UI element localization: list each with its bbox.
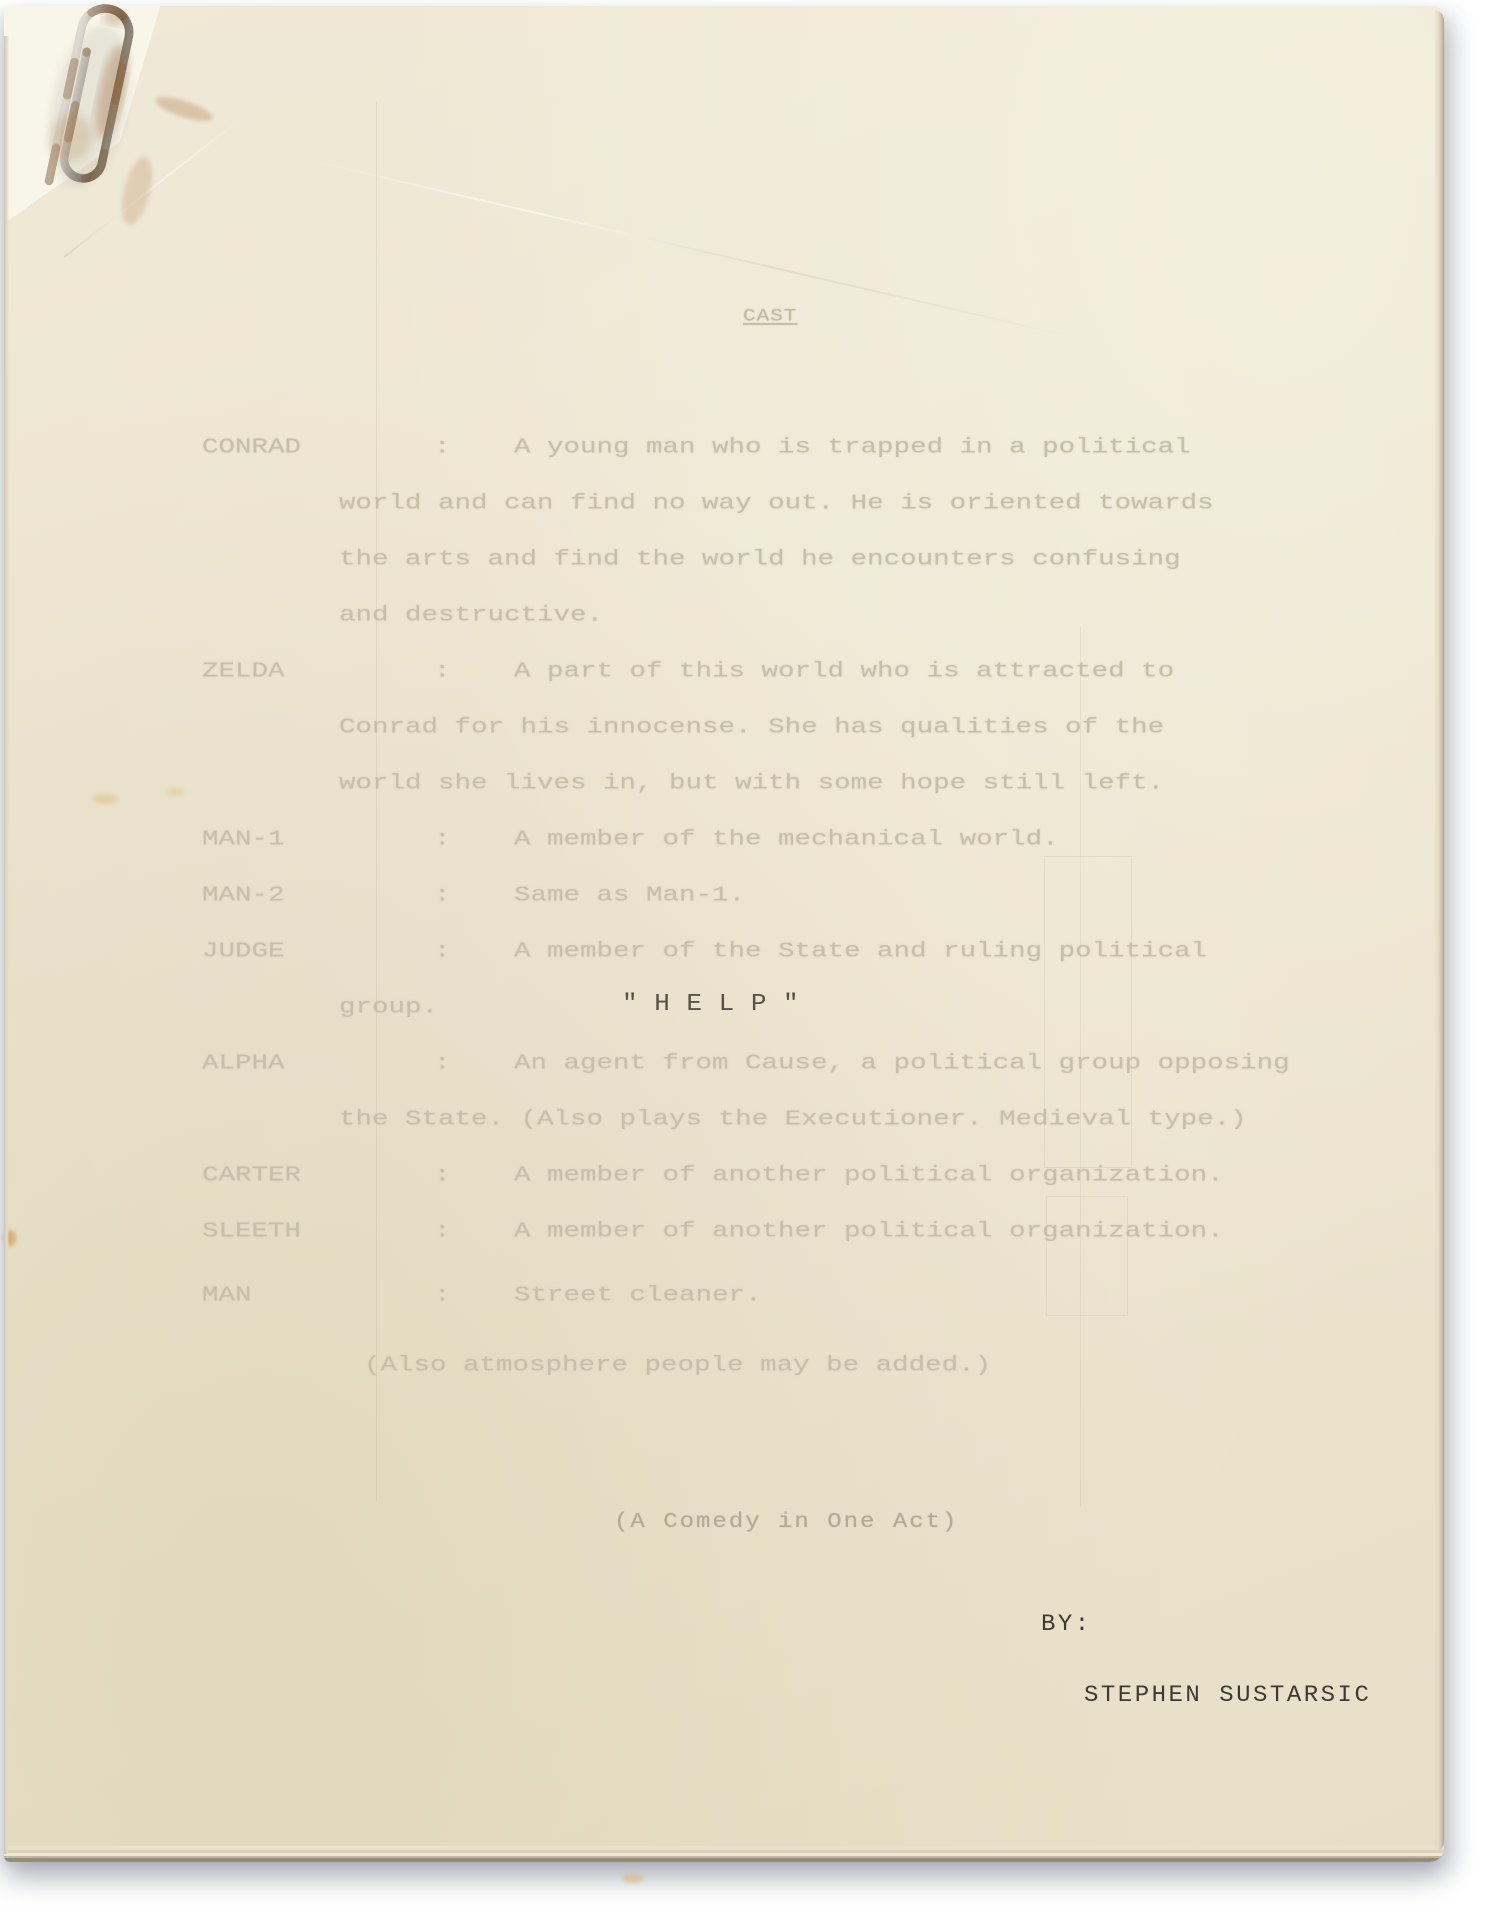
scanned-document-photo: CAST CONRAD:A young man who is trapped i… [0, 0, 1500, 1914]
cast-character-name: MAN-2 [202, 884, 285, 908]
cast-character-name: JUDGE [202, 940, 285, 964]
cast-description-continued: the arts and find the world he encounter… [339, 548, 1181, 572]
cast-colon: : [434, 1052, 451, 1076]
stain [622, 1874, 644, 1883]
cast-description: A member of another political organizati… [514, 1164, 1224, 1188]
cast-character-name: ALPHA [202, 1052, 285, 1076]
cast-character-name: ZELDA [202, 660, 285, 684]
script-cover-page: CAST CONRAD:A young man who is trapped i… [4, 6, 1444, 1862]
author-name: STEPHEN SUSTARSIC [1084, 1683, 1371, 1709]
cast-heading: CAST [743, 307, 797, 327]
cast-colon: : [434, 1220, 451, 1244]
cast-colon: : [434, 884, 451, 908]
page-stack-left-edge [4, 36, 9, 1854]
cast-description: A young man who is trapped in a politica… [514, 436, 1191, 460]
cast-character-name: CARTER [202, 1164, 301, 1188]
script-subtitle: (A Comedy in One Act) [614, 1510, 958, 1534]
cast-note-text: (Also atmosphere people may be added.) [364, 1354, 991, 1378]
cast-description-continued: and destructive. [339, 604, 603, 628]
cast-character-name: MAN [202, 1284, 252, 1308]
page-stack-bottom-edge [4, 1846, 1444, 1862]
script-title: " H E L P " [622, 990, 799, 1018]
cast-description: A part of this world who is attracted to [514, 660, 1174, 684]
cast-colon: : [434, 828, 451, 852]
cast-colon: : [434, 436, 451, 460]
page-stack-right-edge [1434, 10, 1444, 1852]
cast-colon: : [434, 940, 451, 964]
cast-description-continued: Conrad for his innocense. She has qualit… [339, 716, 1164, 740]
cast-description-continued: world she lives in, but with some hope s… [339, 772, 1164, 796]
cast-character-name: CONRAD [202, 436, 301, 460]
cast-description-continued: the State. (Also plays the Executioner. … [339, 1108, 1247, 1132]
cast-character-name: MAN-1 [202, 828, 285, 852]
cast-colon: : [434, 1284, 451, 1308]
cast-description-continued: group. [339, 996, 438, 1020]
cast-description: A member of another political organizati… [514, 1220, 1224, 1244]
cast-description: A member of the State and ruling politic… [514, 940, 1207, 964]
cast-description: A member of the mechanical world. [514, 828, 1059, 852]
bleed-through-cast-page: CAST CONRAD:A young man who is trapped i… [4, 6, 1444, 1862]
cast-description: Same as Man-1. [514, 884, 745, 908]
cast-description: Street cleaner. [514, 1284, 762, 1308]
byline-label: BY: [1041, 1612, 1092, 1638]
cast-description-continued: world and can find no way out. He is ori… [339, 492, 1214, 516]
cast-colon: : [434, 1164, 451, 1188]
cast-character-name: SLEETH [202, 1220, 301, 1244]
cast-colon: : [434, 660, 451, 684]
cast-description: An agent from Cause, a political group o… [514, 1052, 1290, 1076]
